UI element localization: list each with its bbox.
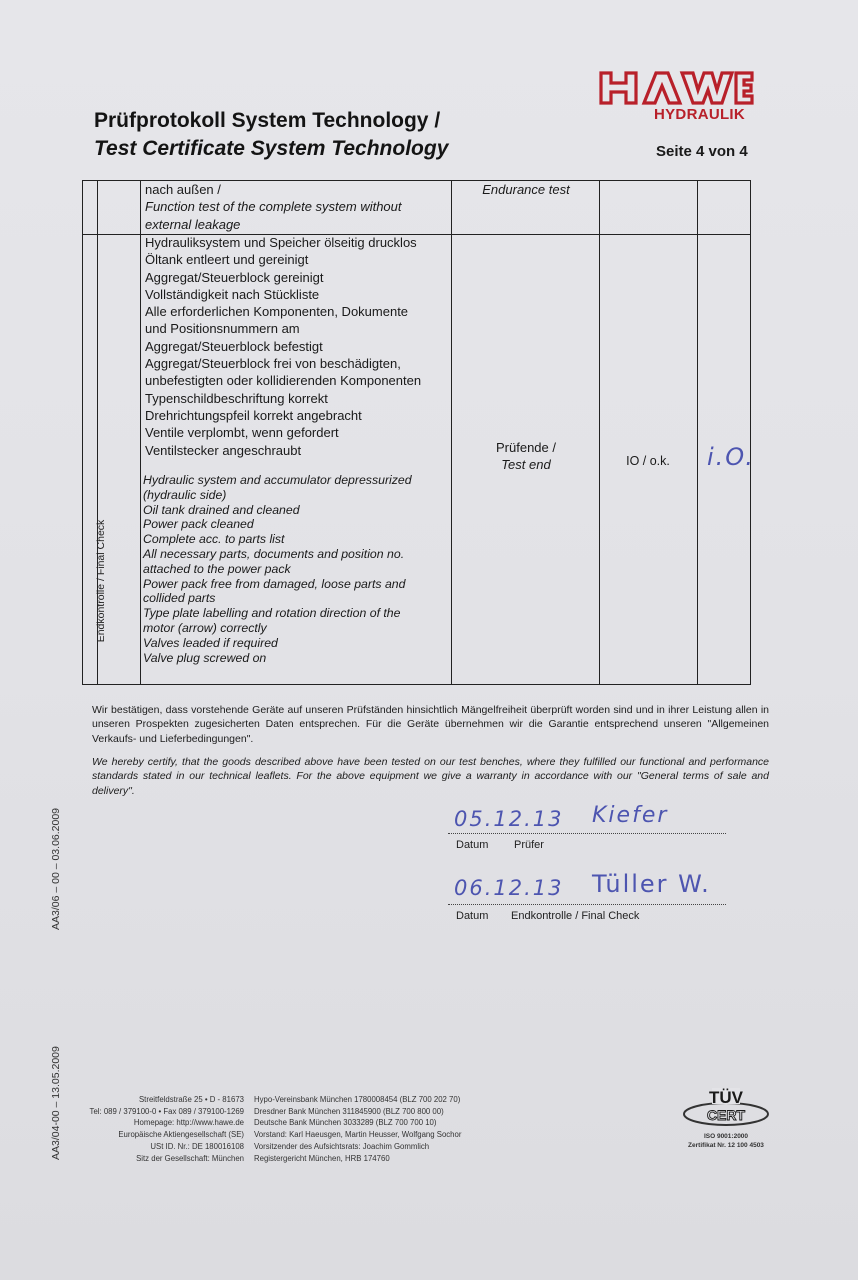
checklist-item-de: Vollständigkeit nach Stückliste [145, 286, 421, 303]
checklist-item-en: Oil tank drained and cleaned [143, 503, 412, 518]
row1-description-de: nach außen / [145, 181, 402, 198]
checklist-item-en: (hydraulic side) [143, 488, 412, 503]
result-ok: IO / o.k. [599, 453, 697, 470]
footer-bank-line: Dresdner Bank München 311845900 (BLZ 700… [254, 1106, 514, 1118]
checklist-item-de: unbefestigten oder kollidierenden Kompon… [145, 372, 421, 389]
test-table: nach außen / Function test of the comple… [82, 180, 751, 685]
checklist-item-en: Valves leaded if required [143, 636, 412, 651]
checklist-item-de: Alle erforderlichen Komponenten, Dokumen… [145, 303, 421, 320]
signature-label-date-1: Datum [456, 839, 488, 851]
title-english: Test Certificate System Technology [94, 135, 448, 163]
checklist-item-en: Hydraulic system and accumulator depress… [143, 473, 412, 488]
signature-date-1: 05.12.13 [454, 807, 564, 831]
checklist-item-de: Hydrauliksystem und Speicher ölseitig dr… [145, 234, 421, 251]
checklist-item-de: und Positionsnummern am [145, 320, 421, 337]
signature-name-1: Kiefer [592, 803, 668, 828]
document-title: Prüfprotokoll System Technology / Test C… [94, 107, 448, 163]
test-phase-de: Prüfende / [453, 439, 599, 456]
cert-number: Zertifikat Nr. 12 100 4503 [680, 1142, 772, 1149]
checklist-item-de: Öltank entleert und gereinigt [145, 251, 421, 268]
footer-company-line: Sitz der Gesellschaft: München [84, 1153, 244, 1165]
form-code-1: AA3/06 – 00 – 03.06.2009 [50, 808, 62, 930]
checklist-item-en: Power pack cleaned [143, 517, 412, 532]
signature-tester: 05.12.13 Kiefer Datum Prüfer [448, 803, 726, 853]
section-label-final-check: Endkontrolle / Final Check [95, 520, 107, 643]
handwritten-check: i.O. [707, 443, 755, 471]
row1-description: nach außen / Function test of the comple… [145, 181, 402, 233]
tuv-cert-logo: TÜV CERT ISO 9001:2000 Zertifikat Nr. 12… [680, 1086, 772, 1156]
signature-date-2: 06.12.13 [454, 876, 564, 900]
checklist-item-de: Aggregat/Steuerblock gereinigt [145, 269, 421, 286]
checklist-item-en: motor (arrow) correctly [143, 621, 412, 636]
row1-test-type: Endurance test [453, 181, 599, 198]
checklist-item-en: attached to the power pack [143, 562, 412, 577]
title-german: Prüfprotokoll System Technology / [94, 109, 440, 132]
footer-bank-line: Registergericht München, HRB 174760 [254, 1153, 514, 1165]
footer-company-line: Homepage: http://www.hawe.de [84, 1117, 244, 1129]
signature-label-role-1: Prüfer [514, 839, 544, 851]
footer-company-line: Tel: 089 / 379100-0 • Fax 089 / 379100-1… [84, 1106, 244, 1118]
footer-bank-line: Deutsche Bank München 3033289 (BLZ 700 7… [254, 1117, 514, 1129]
test-phase-en: Test end [453, 456, 599, 473]
footer-bank-info: Hypo-Vereinsbank München 1780008454 (BLZ… [254, 1094, 514, 1164]
footer-bank-line: Vorstand: Karl Haeusgen, Martin Heusser,… [254, 1129, 514, 1141]
footer-company-line: USt ID. Nr.: DE 180016108 [84, 1141, 244, 1153]
checklist-item-de: Aggregat/Steuerblock frei von beschädigt… [145, 355, 421, 372]
signature-name-2: Tüller W. [592, 870, 711, 898]
signature-final-check: 06.12.13 Tüller W. Datum Endkontrolle / … [448, 874, 726, 924]
checklist-english: Hydraulic system and accumulator depress… [143, 473, 412, 665]
checklist-item-de: Drehrichtungspfeil korrekt angebracht [145, 407, 421, 424]
checklist-item-de: Ventilstecker angeschraubt [145, 442, 421, 459]
row1-description-en: Function test of the complete system wit… [145, 198, 402, 233]
logo-subtitle: HYDRAULIK [654, 106, 745, 123]
iso-label: ISO 9001:2000 [680, 1133, 772, 1140]
signature-label-date-2: Datum [456, 910, 488, 922]
page-indicator: Seite 4 von 4 [656, 143, 748, 160]
checklist-item-en: Type plate labelling and rotation direct… [143, 606, 412, 621]
svg-text:TÜV: TÜV [709, 1088, 744, 1107]
checklist-item-en: Valve plug screwed on [143, 651, 412, 666]
checklist-item-en: Power pack free from damaged, loose part… [143, 577, 412, 592]
footer-bank-line: Hypo-Vereinsbank München 1780008454 (BLZ… [254, 1094, 514, 1106]
checklist-item-en: Complete acc. to parts list [143, 532, 412, 547]
footer-company-line: Streitfeldstraße 25 • D - 81673 [84, 1094, 244, 1106]
svg-text:CERT: CERT [707, 1107, 746, 1123]
checklist-item-de: Typenschildbeschriftung korrekt [145, 390, 421, 407]
form-code-2: AA3/04-00 – 13.05.2009 [50, 1046, 62, 1160]
checklist-item-de: Ventile verplombt, wenn gefordert [145, 424, 421, 441]
test-phase: Prüfende / Test end [453, 439, 599, 474]
checklist-item-en: collided parts [143, 591, 412, 606]
footer-company-info: Streitfeldstraße 25 • D - 81673Tel: 089 … [84, 1094, 244, 1164]
footer-bank-line: Vorsitzender des Aufsichtsrats: Joachim … [254, 1141, 514, 1153]
document-page: HYDRAULIK Seite 4 von 4 Prüfprotokoll Sy… [0, 0, 858, 1280]
certification-text-en: We hereby certify, that the goods descri… [92, 755, 769, 798]
footer-company-line: Europäische Aktiengesellschaft (SE) [84, 1129, 244, 1141]
checklist-german: Hydrauliksystem und Speicher ölseitig dr… [145, 234, 421, 459]
checklist-item-en: All necessary parts, documents and posit… [143, 547, 412, 562]
certification-text-de: Wir bestätigen, dass vorstehende Geräte … [92, 703, 769, 746]
checklist-item-de: Aggregat/Steuerblock befestigt [145, 338, 421, 355]
signature-label-role-2: Endkontrolle / Final Check [511, 910, 639, 922]
